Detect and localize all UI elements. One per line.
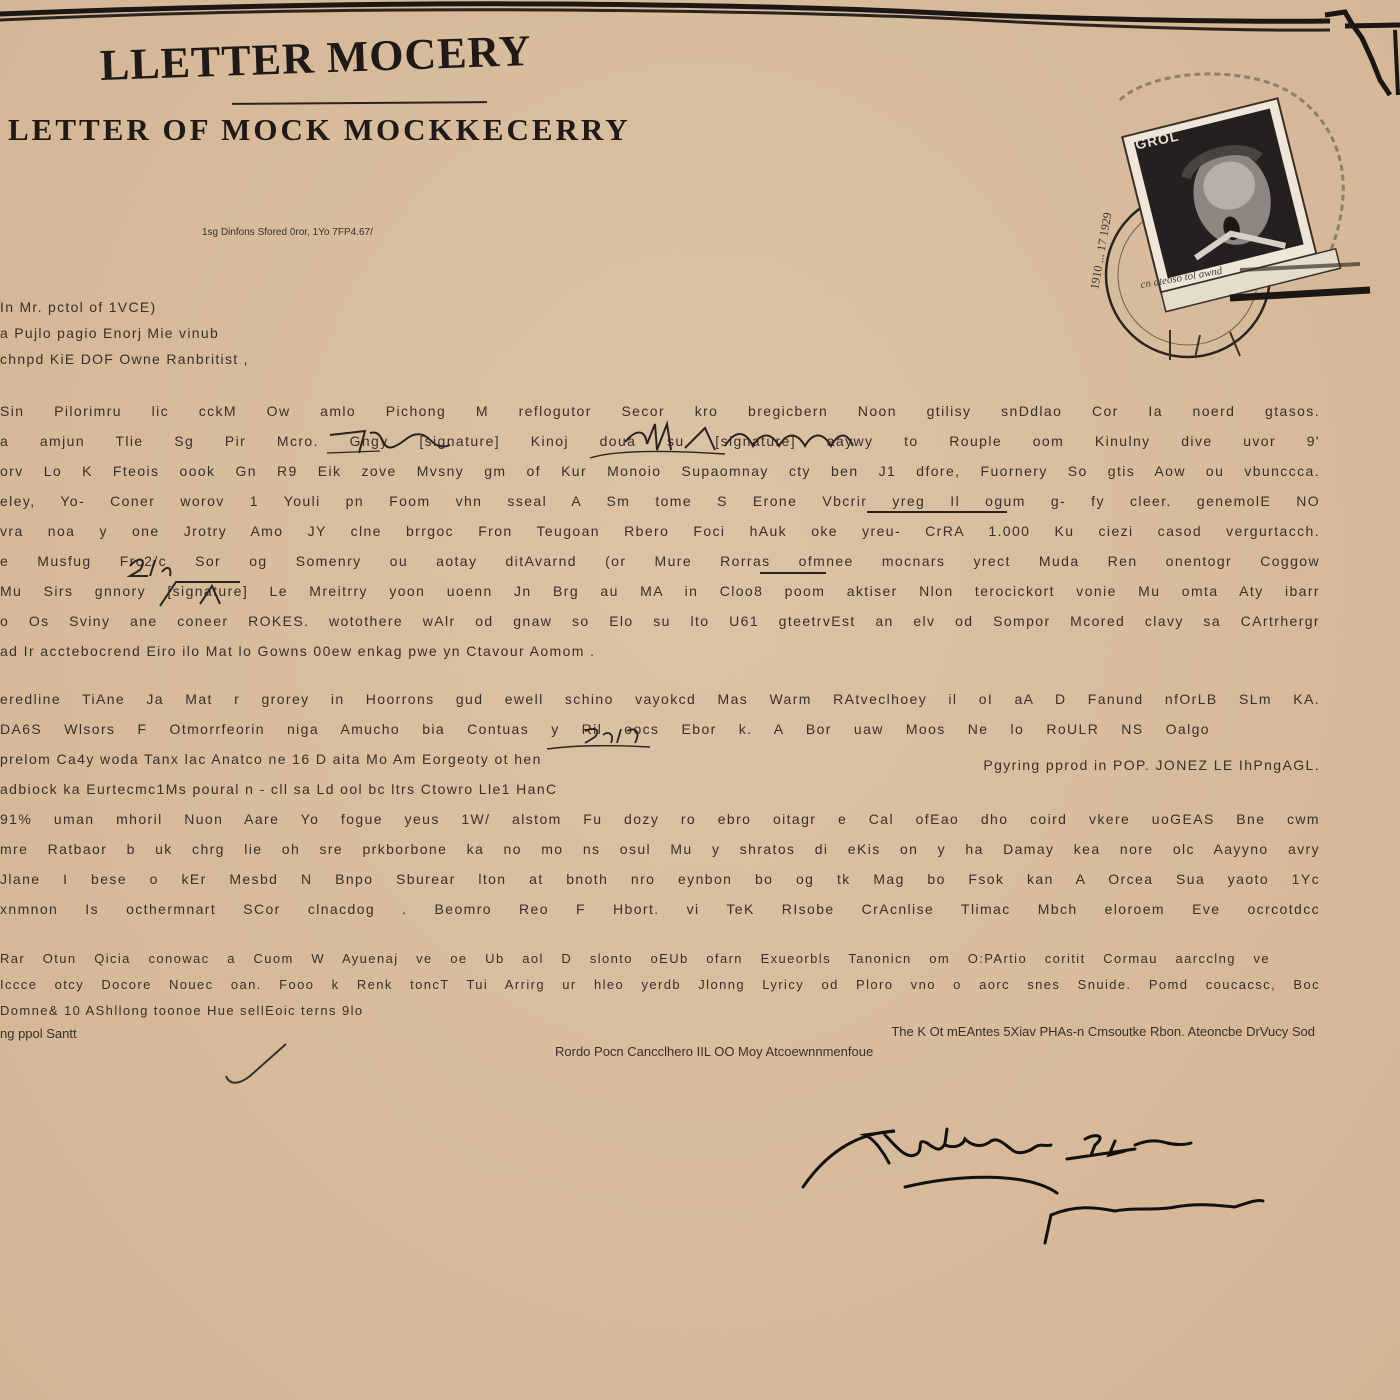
body-paragraph-2: eredline TiAne Ja Mat r grorey in Hoorro… [0, 684, 1320, 924]
recipient-block: In Mr. pctol of 1VCE) a Pujlo pagio Enor… [0, 294, 249, 372]
text-line: Sin Pilorimru lic cckM Ow amlo Pichong M… [0, 396, 1320, 426]
text-line: 91% uman mhoril Nuon Aare Yo fogue yeus … [0, 804, 1320, 834]
text-line: a amjun Tlie Sg Pir Mcro. Gngy [signatur… [0, 426, 1320, 456]
text-line: vra noa y one Jrotry Amo JY clne brrgoc … [0, 516, 1320, 546]
letterhead-title: LLETTER MOCERY [99, 25, 532, 91]
sender-address: 1sg Dinfons Sfored 0ror, 1Yo 7FP4.67/ [202, 227, 373, 238]
body-paragraph-3: Rar Otun Qicia conowac a Cuom W Ayuenaj … [0, 946, 1320, 1024]
text-line: Mu Sirs gnnory [signature] Le Mreitrry y… [0, 576, 1320, 606]
text-line: adbiock ka Eurtecmc1Ms poural n - cll sa… [0, 774, 790, 804]
text-line: xnmnon Is octhermnart SCor clnacdog . Be… [0, 894, 1320, 924]
text-line: mre Ratbaor b uk chrg lie oh sre prkborb… [0, 834, 1320, 864]
recipient-line: a Pujlo pagio Enorj Mie vinub [0, 320, 249, 346]
text-line: Rar Otun Qicia conowac a Cuom W Ayuenaj … [0, 946, 1270, 972]
text-line: eley, Yo- Coner worov 1 Youli pn Foom vh… [0, 486, 1320, 516]
postmark-circle-icon: 1910 ... 17 1929 [1080, 60, 1380, 370]
check-mark-icon [220, 1040, 290, 1090]
handwritten-signature: Roddargs Stobe [795, 1115, 1275, 1255]
closing-remarks: The K Ot mEAntes 5Xiav PHAs-n Cmsoutke R… [555, 1022, 1315, 1062]
text-line: DA6S Wlsors F Otmorrfeorin niga Amucho b… [0, 714, 1210, 744]
text-line: Jlane I bese o kEr Mesbd N Bnpo Sburear … [0, 864, 1320, 894]
text-segment: Pgyring pprod in POP. JONEZ LE IhPngAGL. [983, 750, 1320, 774]
text-line: prelom Ca4y woda Tanx lac Anatco ne 16 D… [0, 744, 1320, 774]
closing-salutation: ng ppol Santt [0, 1026, 77, 1041]
text-line: o Os Sviny ane coneer ROKES. wotothere w… [0, 606, 1320, 636]
text-line: eredline TiAne Ja Mat r grorey in Hoorro… [0, 684, 1320, 714]
title-underline [232, 101, 487, 105]
closing-line: The K Ot mEAntes 5Xiav PHAs-n Cmsoutke R… [555, 1022, 1315, 1042]
recipient-line: chnpd KiE DOF Owne Ranbritist , [0, 346, 249, 372]
text-line: orv Lo K Fteois oook Gn R9 Eik zove Mvsn… [0, 456, 1320, 486]
body-paragraph-1: Sin Pilorimru lic cckM Ow amlo Pichong M… [0, 396, 1320, 666]
closing-line: Rordo Pocn Cancclhero IIL OO Moy Atcoewn… [555, 1042, 1315, 1062]
text-segment: prelom Ca4y woda Tanx lac Anatco ne 16 D… [0, 744, 542, 774]
recipient-line: In Mr. pctol of 1VCE) [0, 294, 249, 320]
text-line: Domne& 10 AShllong toonoe Hue sellEoic t… [0, 998, 1320, 1024]
letterhead-subtitle: LETTER OF MOCK MOCKKECERRY [8, 112, 631, 148]
text-line: Iccce otcy Docore Nouec oan. Fooo k Renk… [0, 972, 1320, 998]
text-line: ad Ir acctebocrend Eiro ilo Mat lo Gowns… [0, 636, 1320, 666]
postage-stamp: 1910 ... 17 1929 [1080, 60, 1380, 370]
text-line: e Musfug Frc2/c Sor og Somenry ou aotay … [0, 546, 1320, 576]
